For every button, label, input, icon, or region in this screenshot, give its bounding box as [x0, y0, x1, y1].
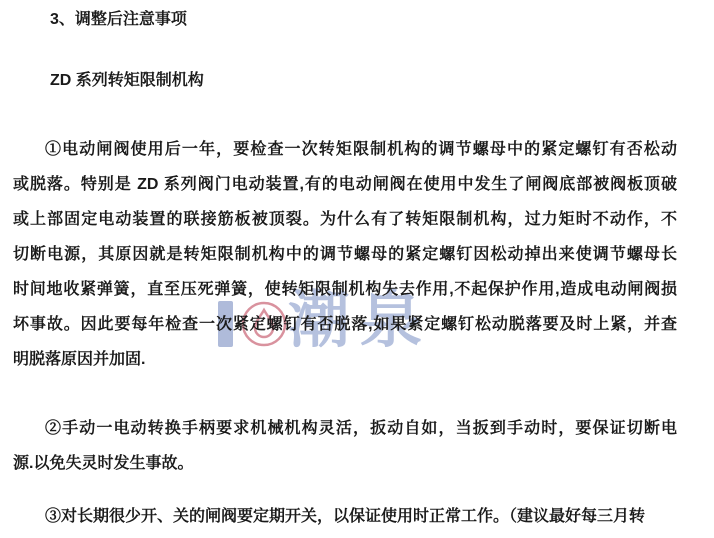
paragraph-1-line: 或脱落。特别是 ZD 系列阀门电动装置,有的电动闸阀在使用中发生了闸阀底部被阀板… — [13, 167, 677, 202]
paragraph-1-line: 时间地收紧弹簧，直至压死弹簧，使转矩限制机构失去作用,不起保护作用,造成电动闸阀… — [13, 272, 677, 307]
paragraph-1-line: 坏事故。因此要每年检查一次紧定螺钉有否脱落,如果紧定螺钉松动脱落要及时上紧，并查 — [13, 307, 677, 342]
paragraph-3-line: ③对长期很少开、关的闸阀要定期开关，以保证使用时正常工作。（建议最好每三月转 — [13, 499, 677, 534]
paragraph-3: ③对长期很少开、关的闸阀要定期开关，以保证使用时正常工作。（建议最好每三月转 — [13, 499, 677, 534]
paragraph-1-line: 切断电源，其原因就是转矩限制机构中的调节螺母的紧定螺钉因松动掉出来使调节螺母长 — [13, 237, 677, 272]
paragraph-2-line: ②手动一电动转换手柄要求机械机构灵活，扳动自如，当扳到手动时，要保证切断电 — [13, 411, 677, 446]
paragraph-1-line: ①电动闸阀使用后一年，要检查一次转矩限制机构的调节螺母中的紧定螺钉有否松动 — [13, 132, 677, 167]
subsection-heading: ZD 系列转矩限制机构 — [50, 71, 714, 90]
section-number-heading: 3、调整后注意事项 — [50, 10, 714, 29]
paragraph-1-line: 或上部固定电动装置的联接筋板被顶裂。为什么有了转矩限制机构，过力矩时不动作，不 — [13, 202, 677, 237]
document-body: 3、调整后注意事项 ZD 系列转矩限制机构 ①电动闸阀使用后一年，要检查一次转矩… — [0, 10, 714, 534]
paragraph-1: ①电动闸阀使用后一年，要检查一次转矩限制机构的调节螺母中的紧定螺钉有否松动 或脱… — [13, 132, 677, 377]
paragraph-2: ②手动一电动转换手柄要求机械机构灵活，扳动自如，当扳到手动时，要保证切断电 源.… — [13, 411, 677, 481]
document-page: 潮泉 3、调整后注意事项 ZD 系列转矩限制机构 ①电动闸阀使用后一年，要检查一… — [0, 0, 714, 538]
paragraph-1-line: 明脱落原因并加固. — [13, 342, 677, 377]
paragraph-2-line: 源.以免失灵时发生事故。 — [13, 446, 677, 481]
